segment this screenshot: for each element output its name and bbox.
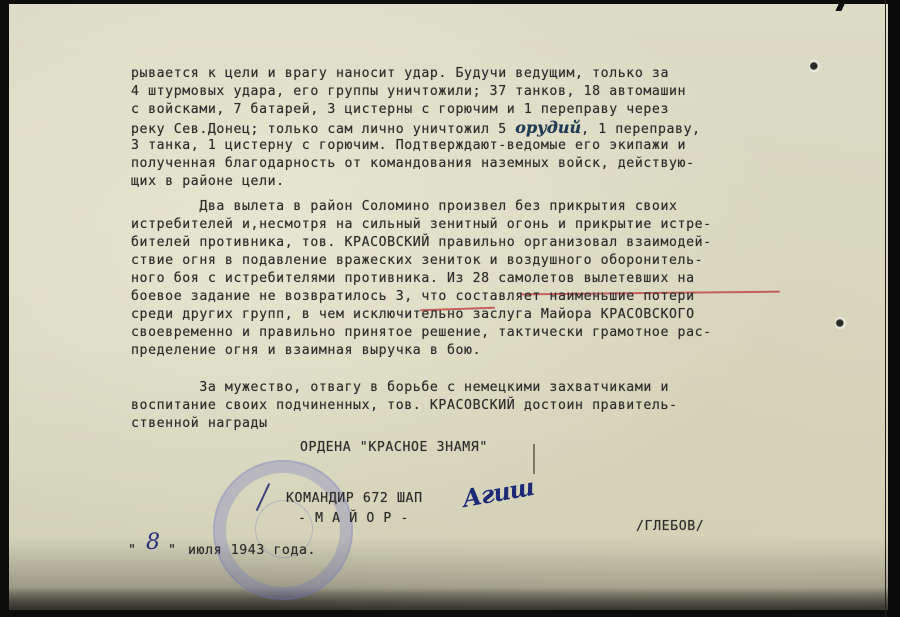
signatory-rank: - М А Й О Р - bbox=[298, 512, 409, 526]
text-line: Два вылета в район Соломино произвел без… bbox=[131, 200, 678, 214]
date-text: июля 1943 года. bbox=[188, 544, 316, 558]
round-stamp bbox=[213, 460, 353, 600]
text-line: ствие огня в подавление вражеских зенито… bbox=[131, 254, 703, 268]
text-line-with-handwriting: реку Сев.Донец; только сам лично уничтож… bbox=[131, 121, 701, 137]
text-line: бителей противника, тов. КРАСОВСКИЙ прав… bbox=[131, 236, 712, 250]
text-segment: , 1 переправу, bbox=[581, 122, 701, 137]
text-line: своевременно и правильно принятое решени… bbox=[131, 326, 712, 340]
text-line: полученная благодарность от командования… bbox=[131, 157, 695, 171]
paper-damage-mark bbox=[809, 59, 821, 73]
text-line: ного боя с истребителями противника. Из … bbox=[131, 272, 695, 286]
text-line: пределение огня и взаимная выручка в бою… bbox=[131, 344, 481, 358]
scan-border-line bbox=[885, 0, 887, 617]
text-line: За мужество, отвагу в борьбе с немецкими… bbox=[131, 381, 669, 395]
text-line: 4 штурмовых удара, его группы уничтожили… bbox=[131, 85, 686, 99]
text-line: с войсками, 7 батарей, 3 цистерны с горю… bbox=[131, 103, 669, 117]
text-line: среди других групп, в чем исключительно … bbox=[131, 308, 695, 322]
text-line: ственной награды bbox=[131, 417, 268, 431]
text-line: рывается к цели и врагу наносит удар. Бу… bbox=[131, 67, 669, 81]
text-line: щих в районе цели. bbox=[131, 175, 285, 189]
text-line: истребителей и,несмотря на сильный зенит… bbox=[131, 218, 712, 232]
signatory-name: /ГЛЕБОВ/ bbox=[636, 520, 704, 534]
date-day-handwritten: 8 bbox=[146, 530, 160, 555]
page-tear bbox=[835, 4, 844, 11]
date-open-quote: " bbox=[128, 544, 137, 558]
text-segment: реку Сев.Донец; только сам лично уничтож… bbox=[131, 122, 515, 137]
signatory-title: КОМАНДИР 672 ШАП bbox=[286, 492, 423, 506]
award-name: ОРДЕНА "КРАСНОЕ ЗНАМЯ" bbox=[300, 441, 488, 455]
text-line: 3 танка, 1 цистерну с горючим. Подтвержд… bbox=[131, 139, 686, 153]
paper-damage-mark bbox=[835, 316, 847, 330]
date-close-quote: " bbox=[168, 544, 177, 558]
text-line: воспитание своих подчиненных, тов. КРАСО… bbox=[131, 399, 678, 413]
handwritten-correction: орудий bbox=[515, 118, 581, 137]
text-line: боевое задание не возвратилось 3, что со… bbox=[131, 290, 695, 304]
pencil-mark bbox=[533, 444, 535, 474]
scan-border bbox=[888, 0, 900, 617]
